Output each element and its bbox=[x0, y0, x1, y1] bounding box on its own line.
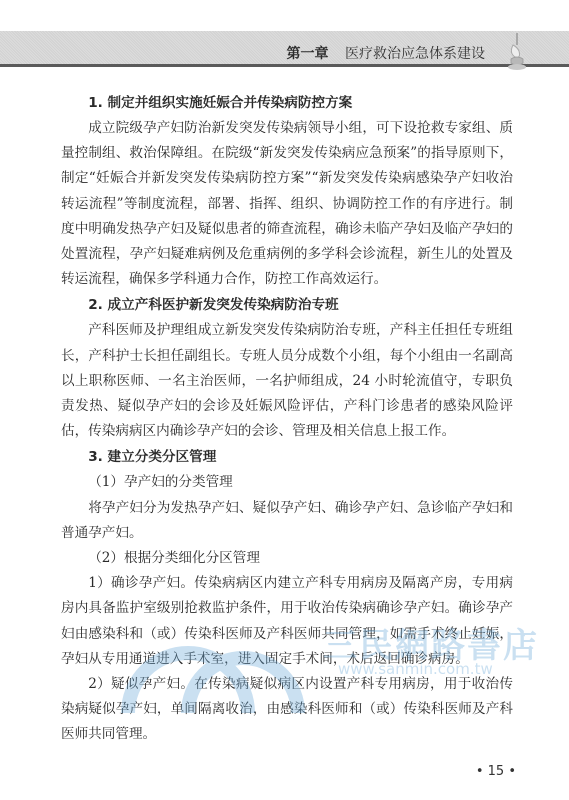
subsection-label: （2）根据分类细化分区管理 bbox=[61, 546, 513, 571]
subsection-label: （1）孕产妇的分类管理 bbox=[61, 470, 513, 495]
chapter-label: 第一章 bbox=[287, 46, 329, 62]
page-number: • 15 • bbox=[476, 764, 516, 779]
chapter-title: 医疗救治应急体系建设 bbox=[345, 46, 485, 62]
running-header: 第一章 医疗救治应急体系建设 bbox=[287, 43, 485, 63]
paragraph: 成立院级孕产妇防治新发突发传染病领导小组，可下设抢救专家组、质量控制组、救治保障… bbox=[61, 116, 513, 292]
section-heading: 3. 建立分类分区管理 bbox=[61, 444, 513, 470]
page-body: 1. 制定并组织实施妊娠合并传染病防控方案 成立院级孕产妇防治新发突发传染病领导… bbox=[61, 90, 513, 748]
section-heading: 1. 制定并组织实施妊娠合并传染病防控方案 bbox=[61, 90, 513, 116]
paragraph: 将孕产妇分为发热孕产妇、疑似孕产妇、确诊孕产妇、急诊临产孕妇和普通孕产妇。 bbox=[61, 496, 513, 546]
lamp-statue-icon bbox=[505, 31, 529, 71]
paragraph: 2）疑似孕产妇。在传染病疑似病区内设置产科专用病房，用于收治传染病疑似孕产妇，单… bbox=[61, 672, 513, 748]
section-heading: 2. 成立产科医护新发突发传染病防治专班 bbox=[61, 292, 513, 318]
paragraph: 产科医师及护理组成立新发突发传染病防治专班，产科主任担任专班组长，产科护士长担任… bbox=[61, 318, 513, 444]
paragraph: 1）确诊孕产妇。传染病病区内建立产科专用病房及隔离产房，专用病房内具备监护室级别… bbox=[61, 571, 513, 672]
